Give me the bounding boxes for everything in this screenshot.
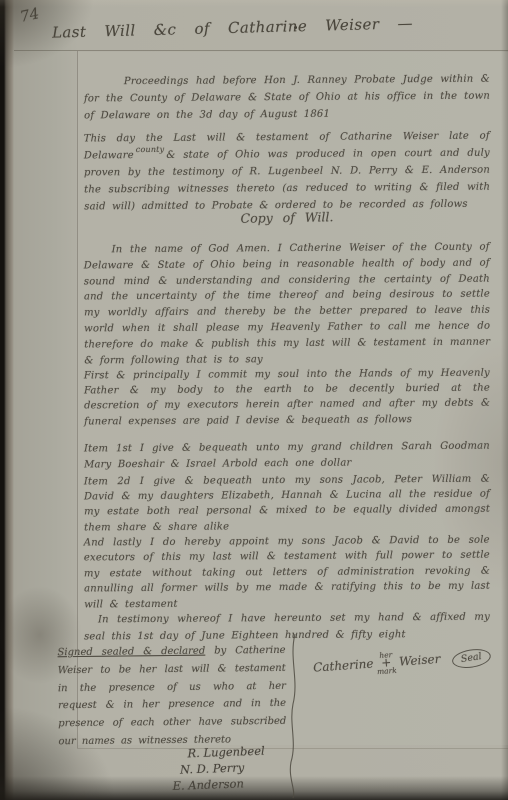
witness-signature: R. Lugenbeel	[187, 743, 265, 762]
witness-signatures: R. Lugenbeel N. D. Perry E. Anderson	[187, 743, 266, 794]
first-clause-paragraph: First & principally I commit my soul int…	[84, 366, 490, 430]
page-title: Last Will &c of Catharine Weiser —	[52, 12, 482, 41]
probate-order-text-end: & state of Ohio was produced in open cou…	[84, 148, 490, 213]
signature-first-name: Catherine	[313, 656, 374, 674]
item-2-paragraph: Item 2d I give & bequeath unto my sons J…	[84, 472, 490, 536]
witness-signature: E. Anderson	[172, 775, 266, 794]
page-number: 74	[18, 4, 40, 26]
interlined-word: county	[136, 145, 165, 154]
signature-last-name: Weiser	[399, 652, 441, 669]
her-mark: her+mark	[376, 651, 397, 675]
probate-order-paragraph: This day the Last will & testament of Ca…	[84, 128, 491, 216]
attestation-brace	[285, 632, 303, 800]
ledger-page-photo: 74 Last Will &c of Catharine Weiser — Pr…	[0, 0, 508, 800]
attestation-paragraph: Signed sealed & declared by Catherine We…	[57, 642, 286, 751]
proceedings-paragraph: Proceedings had before Hon J. Ranney Pro…	[84, 71, 490, 125]
her-mark-label-bottom: mark	[377, 667, 397, 675]
seal-oval: Seal	[451, 647, 492, 671]
item-1-paragraph: Item 1st I give & bequeath unto my grand…	[84, 439, 490, 474]
attestation-lead: Signed sealed & declared	[57, 646, 205, 659]
executor-clause-paragraph: And lastly I do hereby appoint my sons J…	[84, 533, 491, 613]
header-rule-line	[14, 50, 508, 51]
will-opening-paragraph: In the name of God Amen. I Catherine Wei…	[84, 240, 491, 369]
attestation-rest: by Catherine Weiser to be her last will …	[58, 645, 287, 747]
